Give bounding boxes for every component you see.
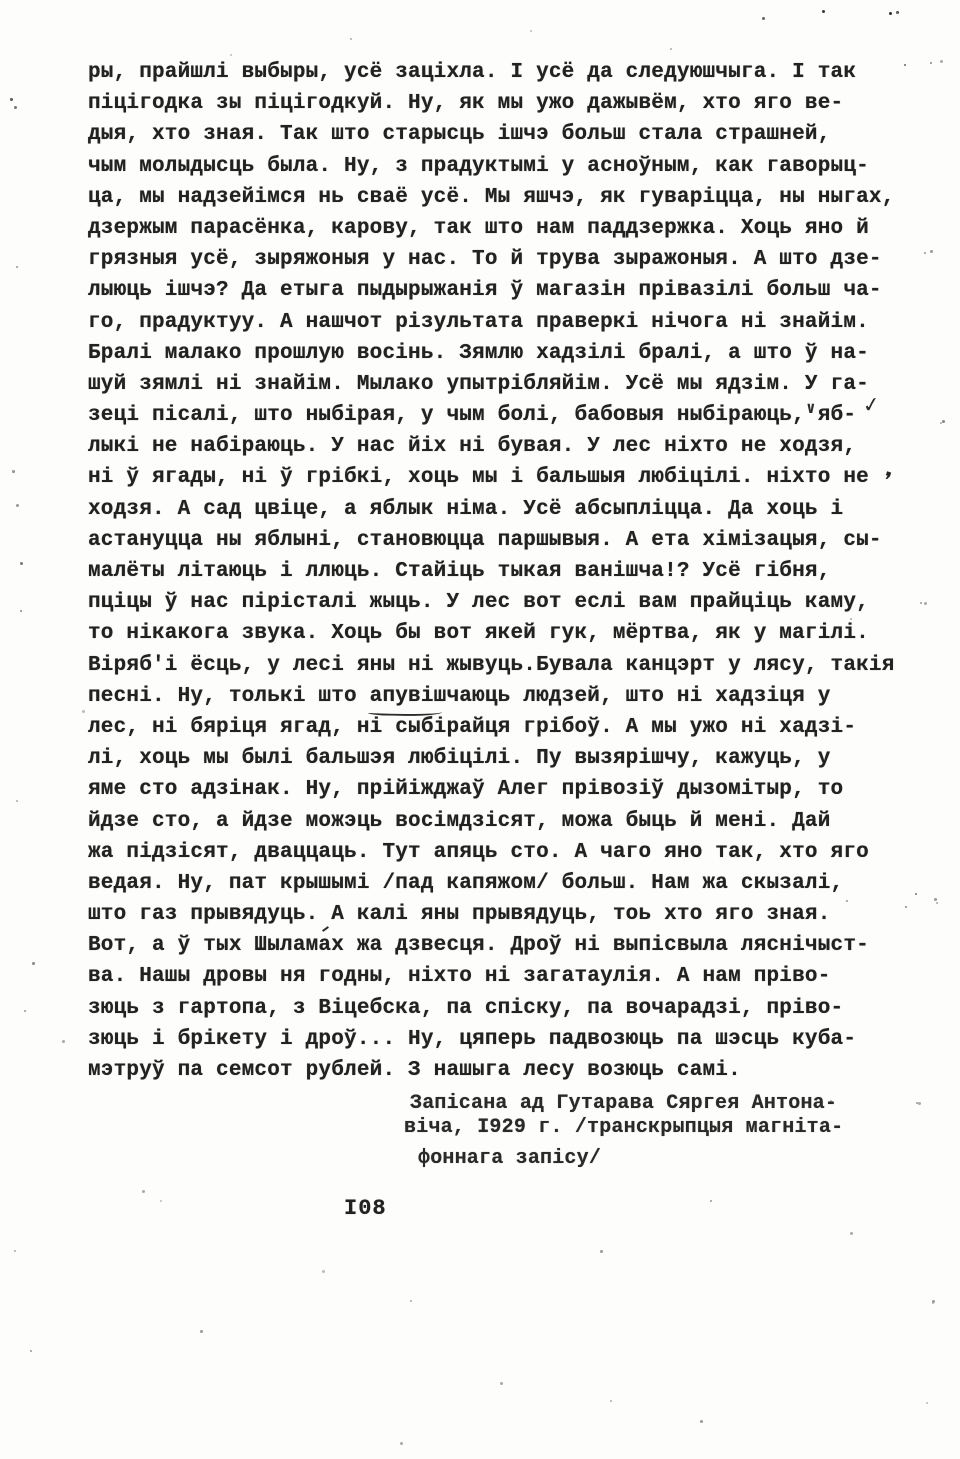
text-line: малёты літаюць і ллюць. Стайіць тыкая ва… [88, 556, 918, 587]
page-number: I08 [344, 1196, 387, 1221]
text-line: ва. Нашы дровы ня годны, ніхто ні загата… [88, 961, 918, 992]
text-line: зюць з гартопа, з Віцебска, па спіску, п… [88, 993, 918, 1024]
text-line: зеці пісалі, што ныбірая, у чым болі, ба… [88, 400, 918, 431]
text-line: жа підзісят, дваццаць. Тут апяць сто. А … [88, 837, 918, 868]
text-line: лес, ні бяріця ягад, ні сыбірайця грібоў… [88, 712, 918, 743]
text-line: ца, мы надзейімся нь сваё усё. Мы яшчэ, … [88, 182, 918, 213]
text-line: Вот, а ў тых Шыламах жа дзвесця. Дроў ні… [88, 930, 918, 961]
text-line: чым молыдысць была. Ну, з прадуктымі у а… [88, 151, 918, 182]
text-line: ры, прайшлі выбыры, усё заціхла. І усё д… [88, 57, 918, 88]
text-line: грязныя усё, зыряжоныя у нас. То й трува… [88, 244, 918, 275]
text-line: Віряб'і ёсць, у лесі яны ні жывуць.Бувал… [88, 650, 918, 681]
text-line: астануцца ны яблыні, становюцца паршывыя… [88, 525, 918, 556]
text-line: яме сто адзінак. Ну, прійіжджаў Алег прі… [88, 774, 918, 805]
text-line: песні. Ну, толькі што апувішчаюць людзей… [88, 681, 918, 712]
attribution-line: Запісана ад Гутарава Сяргея Антона- [410, 1092, 884, 1115]
handwritten-insertion-caret: ∨ [806, 398, 816, 418]
text-line: дзержым парасёнка, карову, так што нам п… [88, 213, 918, 244]
text-line: ні ў ягады, ні ў грібкі, хоць мы і бальш… [88, 462, 918, 493]
attribution-block: Запісана ад Гутарава Сяргея Антона- віча… [404, 1092, 884, 1170]
text-line: пціцы ў нас пірісталі жыць. У лес вот ес… [88, 587, 918, 618]
text-line: Бралі малако прошлую восінь. Зямлю хадзі… [88, 338, 918, 369]
text-line: лыюць ішчэ? Да етыга пыдырыжанія ў магаз… [88, 275, 918, 306]
text-line: піцігодка зы піцігодкуй. Ну, як мы ужо д… [88, 88, 918, 119]
text-line: то нікакога звука. Хоць бы вот якей гук,… [88, 618, 918, 649]
attribution-line: віча, I929 г. /транскрыпцыя магніта- [404, 1116, 884, 1139]
attribution-line: фоннага запісу/ [418, 1147, 884, 1170]
text-line: мэтруў па семсот рублей. З нашыга лесу в… [88, 1055, 918, 1086]
scanned-document-page: ры, прайшлі выбыры, усё заціхла. І усё д… [0, 0, 960, 1459]
text-line: лыкі не набіраюць. У нас йіх ні бувая. У… [88, 431, 918, 462]
text-line: што газ прывядуць. А калі яны прывядуць,… [88, 899, 918, 930]
scan-noise-speckles [10, 98, 12, 100]
scan-noise-speckles [930, 62, 932, 64]
text-line: лі, хоць мы былі бальшэя любіцілі. Пу вы… [88, 743, 918, 774]
typewritten-text-block: ры, прайшлі выбыры, усё заціхла. І усё д… [88, 57, 918, 1086]
text-line: ведая. Ну, пат крышымі /пад капяжом/ бол… [88, 868, 918, 899]
text-line: ходзя. А сад цвіце, а яблык німа. Усё аб… [88, 494, 918, 525]
text-line: шуй зямлі ні знайім. Мылако упытрібляйім… [88, 369, 918, 400]
scan-noise-speckles [822, 10, 825, 13]
text-line: зюць і брікету і дроў... Ну, цяперь падв… [88, 1024, 918, 1055]
text-line: го, прадуктуу. А нашчот різультата праве… [88, 307, 918, 338]
text-line: йдзе сто, а йдзе можэць восімдзісят, мож… [88, 806, 918, 837]
text-line: дыя, хто зная. Так што старысць ішчэ бол… [88, 119, 918, 150]
